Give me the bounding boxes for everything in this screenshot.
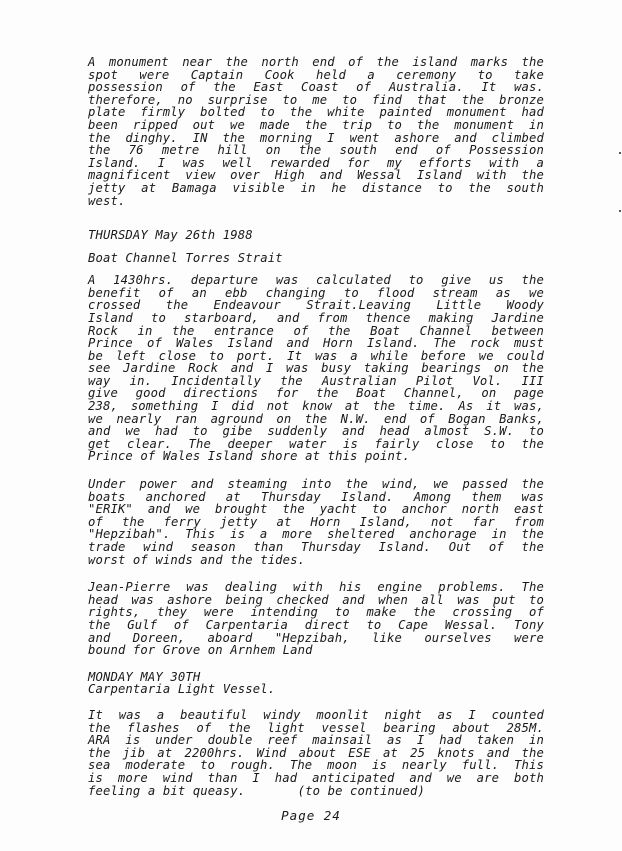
text-line: Jean-Pierre was dealing with his engine … <box>88 581 544 594</box>
text-line: west. <box>88 195 544 208</box>
text-line: Island to starboard, and from thence mak… <box>88 312 544 325</box>
paragraph-under-power: Under power and steaming into the wind, … <box>88 478 544 566</box>
text-line: Prince of Wales Island and Horn Island. … <box>88 337 544 350</box>
scan-speck <box>619 210 621 212</box>
paragraph-moonlit-night: It was a beautiful windy moonlit night a… <box>88 709 544 797</box>
text-line: been ripped out we made the trip to the … <box>88 119 544 132</box>
text-line: possession of the East Coast of Australi… <box>88 81 544 94</box>
document-body: A monument near the north end of the isl… <box>88 56 544 797</box>
location-heading-light-vessel: Carpentaria Light Vessel. <box>88 683 544 696</box>
text-line: It was a beautiful windy moonlit night a… <box>88 709 544 722</box>
location-heading-boat-channel: Boat Channel Torres Strait <box>88 251 544 265</box>
text-line: the Gulf of Carpentaria direct to Cape W… <box>88 619 544 632</box>
text-line: see Jardine Rock and I was busy taking b… <box>88 362 544 375</box>
text-line: "ERIK" and we brought the yacht to ancho… <box>88 503 544 516</box>
text-line: feeling a bit queasy. (to be continued) <box>88 785 544 798</box>
scan-speck <box>619 152 621 154</box>
text-line: trade wind season than Thursday Island. … <box>88 541 544 554</box>
text-line: A 1430hrs. departure was calculated to g… <box>88 274 544 287</box>
text-line: 238, something I did not know at the tim… <box>88 400 544 413</box>
paragraph-jean-pierre: Jean-Pierre was dealing with his engine … <box>88 581 544 657</box>
text-line: A monument near the north end of the isl… <box>88 56 544 69</box>
text-line: jetty at Bamaga visible in he distance t… <box>88 182 544 195</box>
text-line: ARA is under double reef mainsail as I h… <box>88 734 544 747</box>
paragraph-departure: A 1430hrs. departure was calculated to g… <box>88 274 544 463</box>
date-heading-thursday: THURSDAY May 26th 1988 <box>88 228 544 242</box>
text-line: the 76 metre hill on the south end of Po… <box>88 144 544 157</box>
text-line: Prince of Wales Island shore at this poi… <box>88 450 544 463</box>
page-number: Page 24 <box>0 808 622 823</box>
paragraph-monument: A monument near the north end of the isl… <box>88 56 544 207</box>
text-line: and we had to gibe suddenly and head alm… <box>88 425 544 438</box>
text-line: is more wind than I had anticipated and … <box>88 772 544 785</box>
text-line: Under power and steaming into the wind, … <box>88 478 544 491</box>
text-line: worst of winds and the tides. <box>88 554 544 567</box>
scanned-page: A monument near the north end of the isl… <box>0 0 622 851</box>
text-line: bound for Grove on Arnhem Land <box>88 644 544 657</box>
